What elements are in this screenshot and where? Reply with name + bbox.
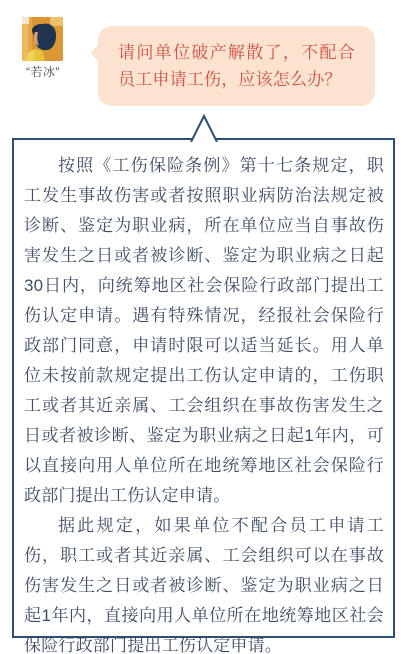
bubble-tail-icon — [90, 43, 110, 63]
user-avatar[interactable] — [22, 17, 63, 61]
answer-paragraph-2: 据此规定，如果单位不配合员工申请工伤，职工或者其近亲属、工会组织可以在事故伤害发… — [24, 511, 384, 654]
answer-pointer-icon — [189, 114, 219, 142]
answer-panel: 按照《工伤保险条例》第十七条规定，职工发生事故伤害或者按照职业病防治法规定被诊断… — [12, 138, 395, 638]
question-bubble: 请问单位破产解散了，不配合员工申请工伤，应该怎么办？ — [98, 26, 375, 106]
legal-qa-card: “若冰” 请问单位破产解散了，不配合员工申请工伤，应该怎么办？ 按照《工伤保险条… — [0, 0, 406, 654]
user-name: “若冰” — [10, 63, 76, 80]
question-text: 请问单位破产解散了，不配合员工申请工伤，应该怎么办？ — [118, 39, 355, 93]
answer-paragraph-1: 按照《工伤保险条例》第十七条规定，职工发生事故伤害或者按照职业病防治法规定被诊断… — [24, 151, 384, 511]
user-profile-photo-image — [22, 17, 63, 61]
